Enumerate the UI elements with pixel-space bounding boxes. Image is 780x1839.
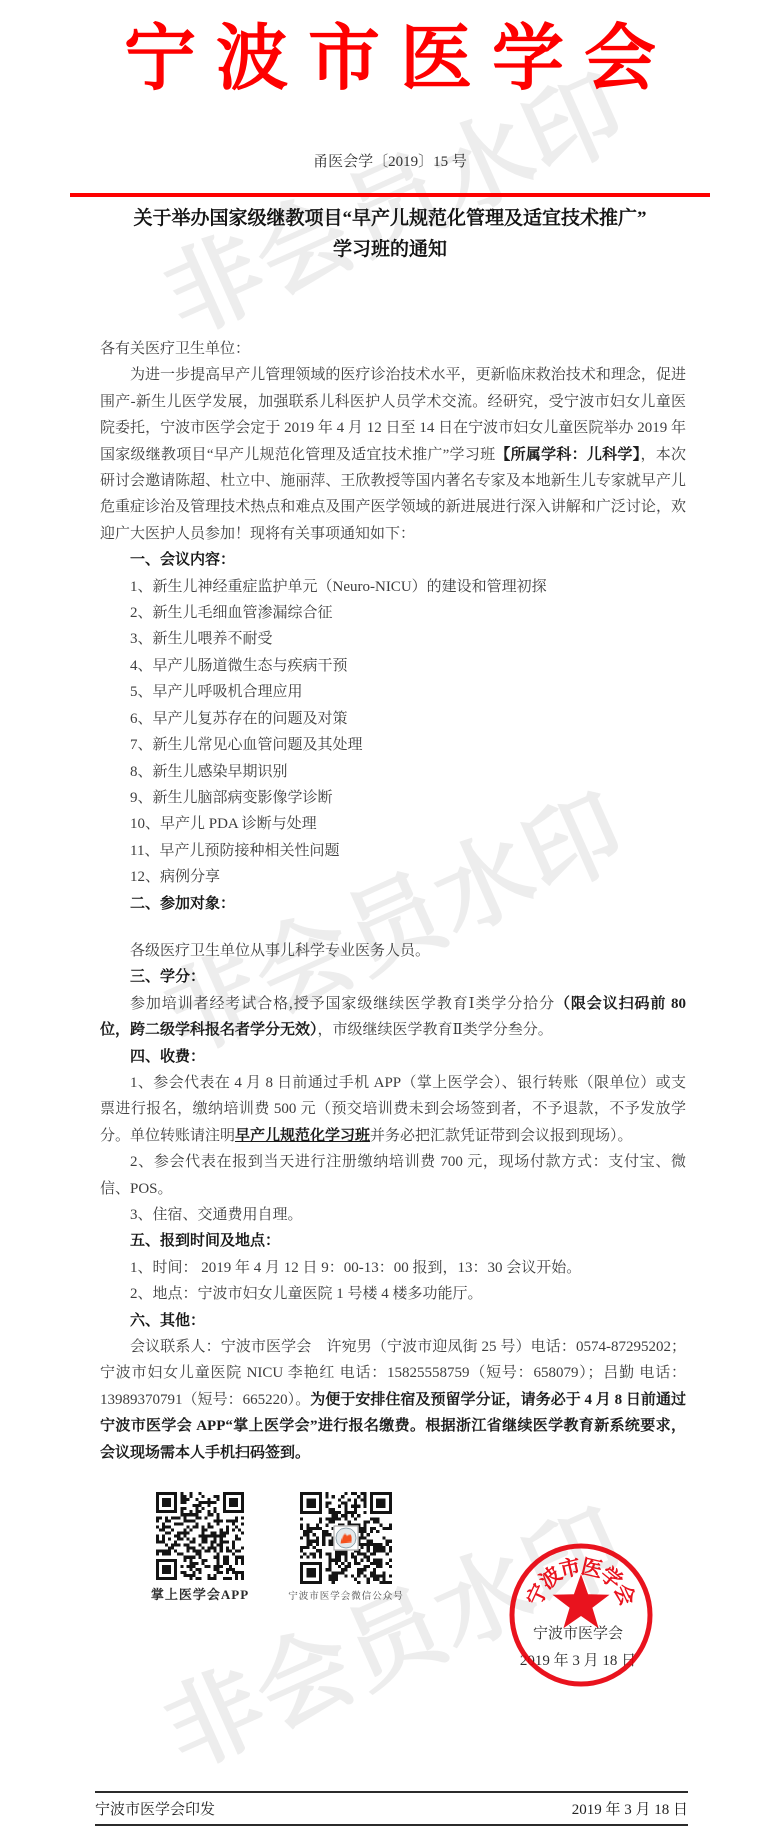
text-segment: 并务必把汇款凭证带到会议报到现场）。 — [370, 1128, 633, 1144]
wechat-qr-code — [300, 1492, 392, 1584]
section-heading-other: 六、其他： — [100, 1308, 686, 1334]
agenda-item: 9、新生儿脑部病变影像学诊断 — [100, 785, 686, 811]
section-heading-agenda: 一、会议内容： — [100, 547, 686, 573]
wechat-qr-caption: 宁波市医学会微信公众号 — [268, 1588, 424, 1602]
registration-place: 2、地点：宁波市妇女儿童医院 1 号楼 4 楼多功能厅。 — [100, 1281, 686, 1307]
document-page: 非会员水印 非会员水印 非会员水印 宁波市医学会 甬医会学〔2019〕15 号 … — [0, 0, 780, 1839]
notice-title-line1: 关于举办国家级继教项目“早产儿规范化管理及适宜技术推广” — [50, 203, 730, 234]
fees-item-3: 3、住宿、交通费用自理。 — [100, 1202, 686, 1228]
registration-time: 1、时间： 2019 年 4 月 12 日 9：00-13：00 报到，13：3… — [100, 1255, 686, 1281]
agenda-item: 10、早产儿 PDA 诊断与处理 — [100, 811, 686, 837]
agenda-item: 4、早产儿肠道微生态与疾病干预 — [100, 653, 686, 679]
fees-item-2: 2、参会代表在报到当天进行注册缴纳培训费 700 元，现场付款方式：支付宝、微信… — [100, 1149, 686, 1202]
agenda-item: 2、新生儿毛细血管渗漏综合征 — [100, 600, 686, 626]
text-segment: 参加培训者经考试合格,授予国家级继续医学教育Ⅰ类学分拾分 — [130, 996, 555, 1012]
agenda-item: 8、新生儿感染早期识别 — [100, 759, 686, 785]
agenda-item: 6、早产儿复苏存在的问题及对策 — [100, 706, 686, 732]
intro-paragraph: 为进一步提高早产儿管理领域的医疗诊治技术水平，更新临床救治技术和理念，促进围产-… — [100, 362, 686, 547]
svg-text:市: 市 — [557, 1554, 583, 1582]
text-segment: 【所属学科：儿科学】 — [495, 447, 640, 463]
text-segment: 早产儿规范化学习班 — [235, 1128, 370, 1144]
agenda-item: 5、早产儿呼吸机合理应用 — [100, 679, 686, 705]
red-divider-rule — [70, 193, 710, 197]
fees-item-1: 1、参会代表在 4 月 8 日前通过手机 APP（掌上医学会）、银行转账（限单位… — [100, 1070, 686, 1149]
other-paragraph: 会议联系人：宁波市医学会 许宛男（宁波市迎凤街 25 号）电话：0574-872… — [100, 1334, 686, 1466]
section-heading-participants: 二、参加对象： — [100, 891, 686, 917]
section-heading-registration: 五、报到时间及地点： — [100, 1228, 686, 1254]
agenda-item: 3、新生儿喂养不耐受 — [100, 626, 686, 652]
footer-bar: 宁波市医学会印发 2019 年 3 月 18 日 — [95, 1791, 688, 1826]
agenda-item: 7、新生儿常见心血管问题及其处理 — [100, 732, 686, 758]
notice-title: 关于举办国家级继教项目“早产儿规范化管理及适宜技术推广” 学习班的通知 — [50, 203, 730, 265]
app-qr-code — [156, 1492, 244, 1580]
app-qr-caption: 掌上医学会APP — [126, 1584, 274, 1603]
official-red-seal: 宁波市医学会 — [506, 1541, 656, 1691]
salutation: 各有关医疗卫生单位： — [100, 336, 686, 362]
credits-paragraph: 参加培训者经考试合格,授予国家级继续医学教育Ⅰ类学分拾分（限会议扫码前 80 位… — [100, 991, 686, 1044]
participants-text: 各级医疗卫生单位从事儿科学专业医务人员。 — [100, 938, 686, 964]
notice-body: 各有关医疗卫生单位： 为进一步提高早产儿管理领域的医疗诊治技术水平，更新临床救治… — [100, 336, 686, 1466]
section-heading-credits: 三、学分： — [100, 964, 686, 990]
agenda-item: 11、早产儿预防接种相关性问题 — [100, 838, 686, 864]
section-heading-fees: 四、收费： — [100, 1044, 686, 1070]
agenda-item: 12、病例分享 — [100, 864, 686, 890]
text-segment: ，市级继续医学教育Ⅱ类学分叁分。 — [318, 1022, 553, 1038]
agenda-item: 1、新生儿神经重症监护单元（Neuro-NICU）的建设和管理初探 — [100, 574, 686, 600]
organization-title: 宁波市医学会 — [0, 0, 780, 104]
document-number: 甬医会学〔2019〕15 号 — [0, 150, 780, 171]
footer-date: 2019 年 3 月 18 日 — [572, 1798, 688, 1819]
notice-title-line2: 学习班的通知 — [50, 234, 730, 265]
footer-issuer: 宁波市医学会印发 — [95, 1798, 215, 1819]
